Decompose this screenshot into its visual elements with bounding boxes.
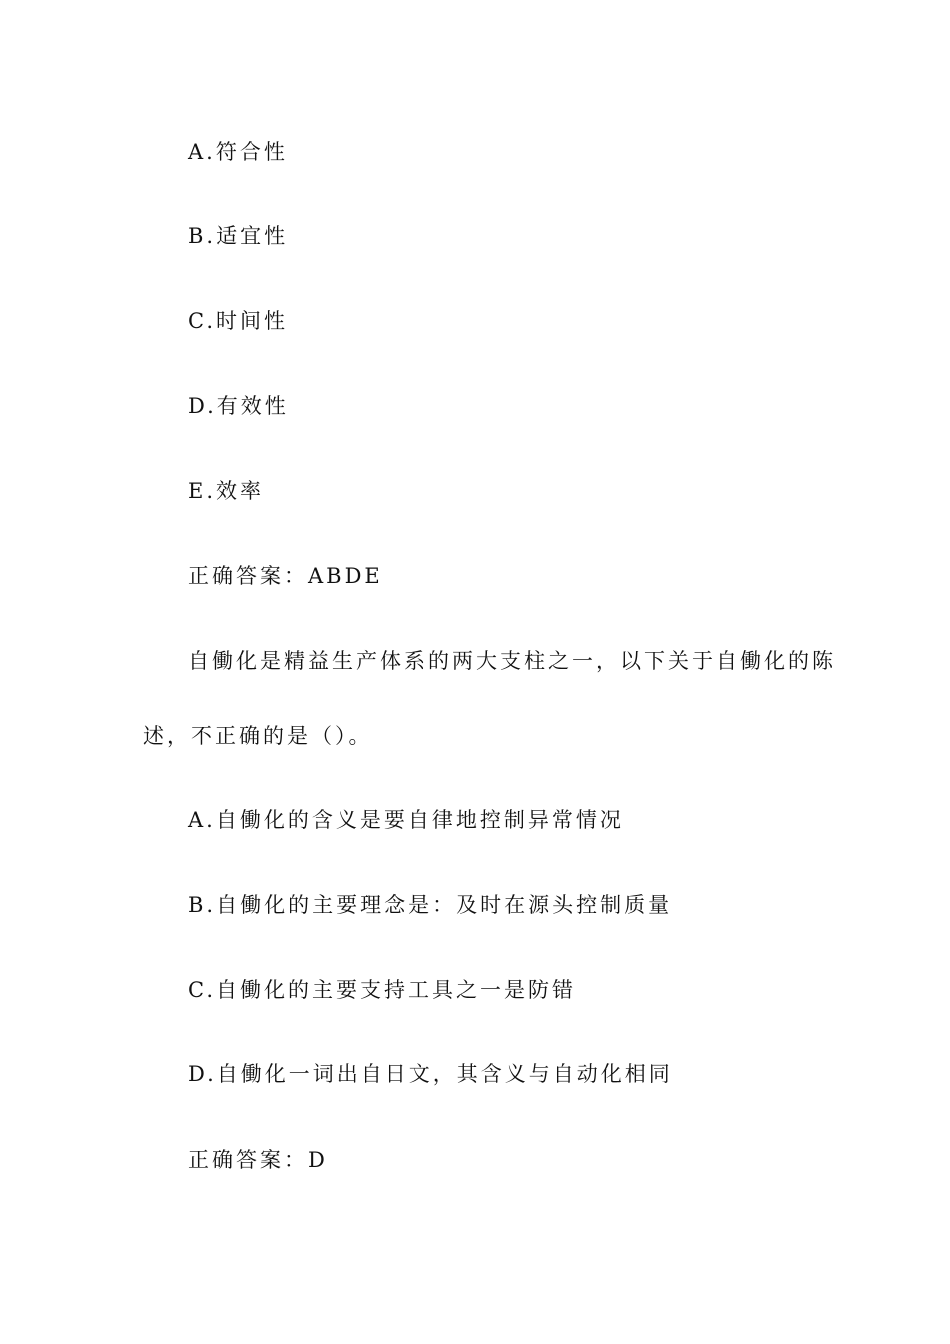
q1-option-a: A.符合性	[188, 138, 288, 166]
q2-option-c: C.自働化的主要支持工具之一是防错	[188, 976, 576, 1004]
q2-stem-line2: 述，不正确的是（）。	[143, 722, 373, 750]
q2-option-b: B.自働化的主要理念是：及时在源头控制质量	[188, 891, 672, 919]
q2-option-d: D.自働化一词出自日文，其含义与自动化相同	[188, 1060, 673, 1088]
q2-stem-line1: 自働化是精益生产体系的两大支柱之一，以下关于自働化的陈	[188, 647, 836, 675]
q1-option-c: C.时间性	[188, 307, 288, 335]
q1-option-d: D.有效性	[188, 392, 289, 420]
q1-answer: 正确答案：ABDE	[188, 562, 383, 590]
q2-answer: 正确答案：D	[188, 1146, 328, 1174]
q1-option-e: E.效率	[188, 477, 264, 505]
q2-option-a: A.自働化的含义是要自律地控制异常情况	[188, 806, 624, 834]
q1-option-b: B.适宜性	[188, 222, 288, 250]
